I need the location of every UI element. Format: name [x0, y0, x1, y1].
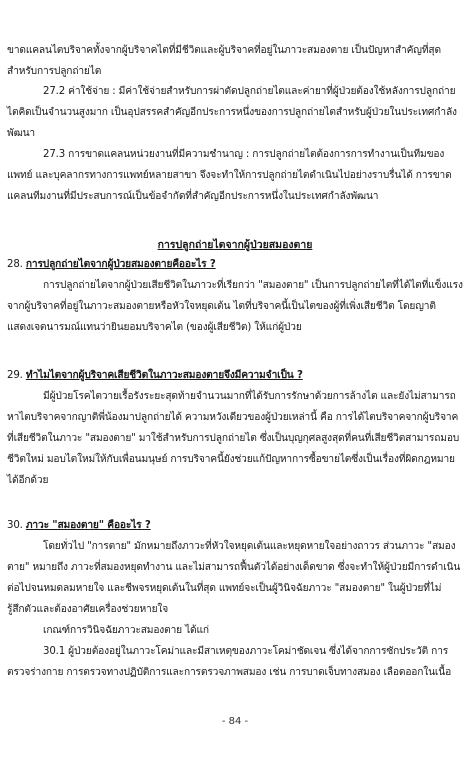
answer-28-line: จากผู้บริจาคที่อยู่ในภาวะสมองตายหรือหัวใ… [7, 300, 436, 314]
answer-30-line: ตาย" หมายถึง ภาวะที่สมองหยุดทำงาน และไม่… [7, 561, 460, 575]
question-number: 30. [7, 520, 23, 531]
paragraph-line: สำหรับการปลูกถ่ายไต [7, 65, 101, 79]
item-30-1-line: ตรวจร่างกาย การตรวจทางปฏิบัติการและการตร… [7, 666, 451, 680]
page-number: - 84 - [0, 715, 470, 729]
paragraph-line: ขาดแคลนไตบริจาคทั้งจากผู้บริจาคไตที่มีชี… [7, 44, 441, 58]
question-title: ทำไมไตจากผู้บริจาคเสียชีวิตในภาวะสมองตาย… [26, 370, 303, 381]
item-27-3-line: แคลนทีมงานที่มีประสบการณ์เป็นข้อจำกัดที่… [7, 190, 378, 204]
answer-29-line: ที่เสียชีวิตในภาวะ "สมองตาย" มาใช้สำหรับ… [7, 432, 459, 446]
question-30-heading: 30. ภาวะ "สมองตาย" คืออะไร ? [7, 519, 151, 533]
document-page: ขาดแคลนไตบริจาคทั้งจากผู้บริจาคไตที่มีชี… [0, 0, 470, 780]
question-title: ภาวะ "สมองตาย" คืออะไร ? [26, 520, 151, 531]
answer-29-line: ได้อีกด้วย [7, 474, 48, 488]
answer-29-line: มีผู้ป่วยโรคไตวายเรื้อรังระยะสุดท้ายจำนว… [43, 390, 456, 404]
question-title: การปลูกถ่ายไตจากผู้ป่วยสมองตายคืออะไร ? [26, 259, 216, 270]
answer-30-line: รู้สึกตัวและต้องอาศัยเครื่องช่วยหายใจ [7, 603, 168, 617]
answer-30-line: ต่อไปจนหมดลมหายใจ และชีพจรหยุดเต้นในที่ส… [7, 582, 441, 596]
answer-29-line: หาไตบริจาคจากญาติพี่น้องมาปลูกถ่ายได้ คว… [7, 411, 458, 425]
answer-28-line: แสดงเจตนารมณ์แทนว่ายินยอมบริจาคไต (ของผู… [7, 321, 302, 335]
answer-29-line: ชีวิตใหม่ มอบไตใหม่ให้กับเพื่อนมนุษย์ กา… [7, 453, 455, 467]
question-28-heading: 28. การปลูกถ่ายไตจากผู้ป่วยสมองตายคืออะไ… [7, 258, 216, 272]
criteria-intro: เกณฑ์การวินิจฉัยภาวะสมองตาย ได้แก่ [43, 624, 209, 638]
item-27-2-line: พัฒนา [7, 127, 35, 141]
item-27-3-line: 27.3 การขาดแคลนหน่วยงานที่มีความชำนาญ : … [43, 148, 444, 162]
item-27-2-line: ไตคิดเป็นจำนวนสูงมาก เป็นอุปสรรคสำคัญอีก… [7, 106, 457, 120]
item-27-2-line: 27.2 ค่าใช้จ่าย : มีค่าใช้จ่ายสำหรับการผ… [43, 85, 455, 99]
item-27-3-line: แพทย์ และบุคลากรทางการแพทย์หลายสาขา จึงจ… [7, 169, 452, 183]
item-30-1-line: 30.1 ผู้ป่วยต้องอยู่ในภาวะโคม่าและมีสาเห… [43, 645, 448, 659]
question-number: 29. [7, 370, 23, 381]
answer-28-line: การปลูกถ่ายไตจากผู้ป่วยเสียชีวิตในภาวะที… [43, 279, 463, 293]
question-number: 28. [7, 259, 23, 270]
question-29-heading: 29. ทำไมไตจากผู้บริจาคเสียชีวิตในภาวะสมอ… [7, 369, 303, 383]
answer-30-line: โดยทั่วไป "การตาย" มักหมายถึงภาวะที่หัวใ… [43, 540, 455, 554]
section-heading: การปลูกถ่ายไตจากผู้ป่วยสมองตาย [0, 238, 470, 252]
